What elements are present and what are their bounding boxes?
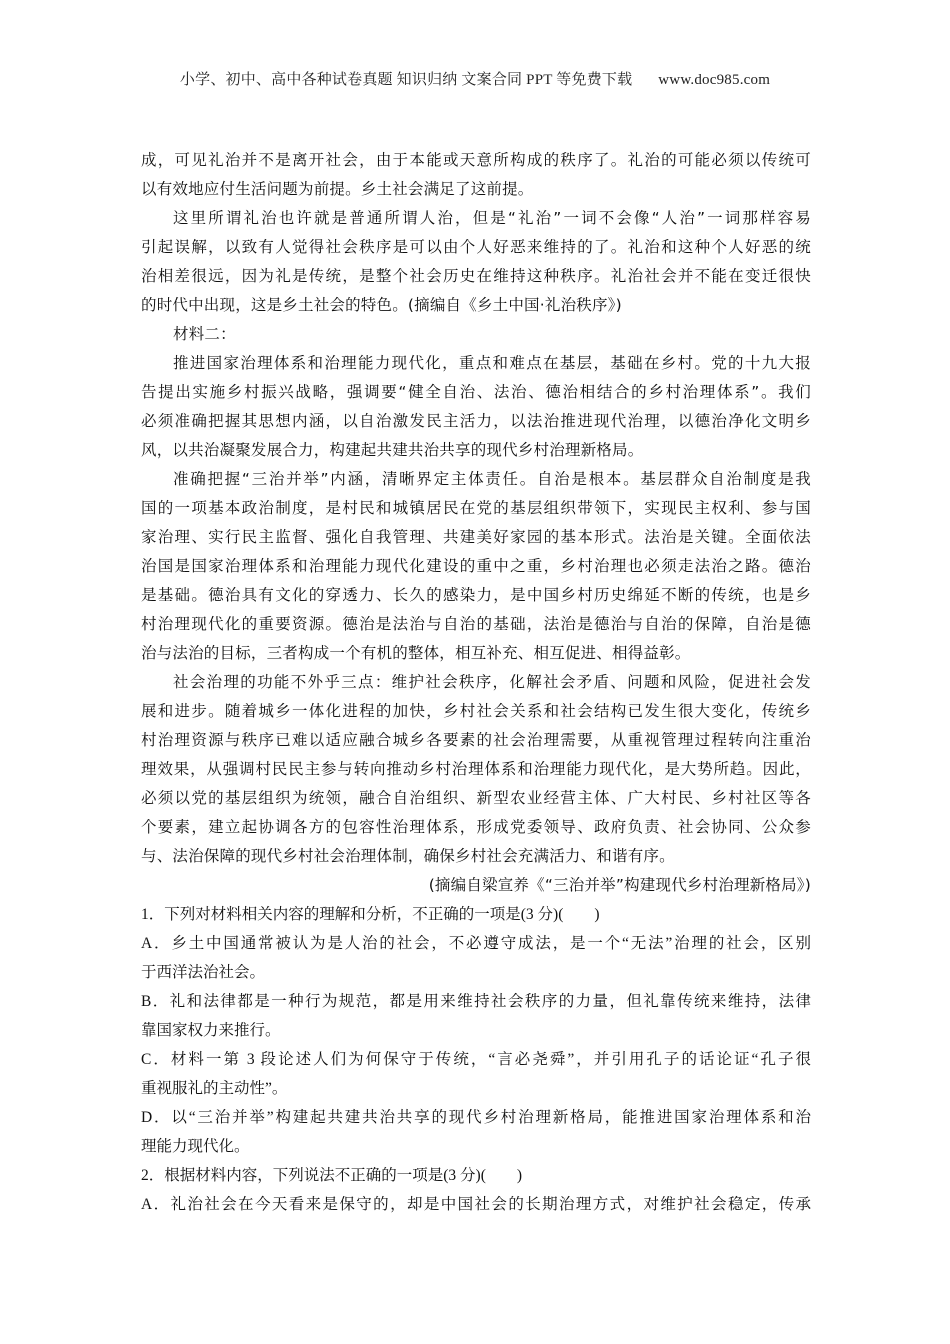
paragraph-line: 治国是国家治理体系和治理能力现代化建设的重中之重，乡村治理也必须走法治之路。德治: [141, 552, 811, 581]
paragraph-line: 个要素，建立起协调各方的包容性治理体系，形成党委领导、政府负责、社会协同、公众参: [141, 813, 811, 842]
paragraph-line: 展和进步。随着城乡一体化进程的加快，乡村社会关系和社会结构已发生很大变化，传统乡: [141, 697, 811, 726]
paragraph-line: 治相差很远，因为礼是传统，是整个社会历史在维持这种秩序。礼治社会并不能在变迁很快: [141, 262, 811, 291]
document-body: 成，可见礼治并不是离开社会，由于本能或天意所构成的秩序了。礼治的可能必须以传统可…: [141, 146, 811, 1219]
paragraph-line: 村治理现代化的重要资源。德治是法治与自治的基础，法治是德治与自治的保障，自治是德: [141, 610, 811, 639]
question-1-stem: 1．下列对材料相关内容的理解和分析，不正确的一项是(3 分)( ): [141, 900, 811, 929]
paragraph-line: 理效果，从强调村民民主参与转向推动乡村治理体系和治理能力现代化，是大势所趋。因此…: [141, 755, 811, 784]
paragraph-line: 准确把握“三治并举”内涵，清晰界定主体责任。自治是根本。基层群众自治制度是我: [141, 465, 811, 494]
question-1-option-c: C．材料一第 3 段论述人们为何保守于传统，“言必尧舜”，并引用孔子的话论证“孔…: [141, 1045, 811, 1074]
paragraph-line: 风，以共治凝聚发展合力，构建起共建共治共享的现代乡村治理新格局。: [141, 436, 811, 465]
paragraph-line: 推进国家治理体系和治理能力现代化，重点和难点在基层，基础在乡村。党的十九大报: [141, 349, 811, 378]
material-1-tail: 成，可见礼治并不是离开社会，由于本能或天意所构成的秩序了。礼治的可能必须以传统可…: [141, 146, 811, 320]
source-citation: (摘编自梁宣养《“三治并举”构建现代乡村治理新格局》): [141, 871, 811, 900]
paragraph-line: 村治理资源与秩序已难以适应融合城乡各要素的社会治理需要，从重视管理过程转向注重治: [141, 726, 811, 755]
paragraph-line: 以有效地应付生活问题为前提。乡土社会满足了这前提。: [141, 175, 811, 204]
question-1-option-a: A．乡土中国通常被认为是人治的社会，不必遵守成法，是一个“无法”治理的社会，区别: [141, 929, 811, 958]
question-1-option-a-cont: 于西洋法治社会。: [141, 958, 811, 987]
material-2: 材料二： 推进国家治理体系和治理能力现代化，重点和难点在基层，基础在乡村。党的十…: [141, 320, 811, 900]
paragraph-line: 与、法治保障的现代乡村社会治理体制，确保乡村社会充满活力、和谐有序。: [141, 842, 811, 871]
question-1-option-b-cont: 靠国家权力来推行。: [141, 1016, 811, 1045]
paragraph-line: 告提出实施乡村振兴战略，强调要“健全自治、法治、德治相结合的乡村治理体系”。我们: [141, 378, 811, 407]
section-label: 材料二：: [141, 320, 811, 349]
question-2-option-a: A．礼治社会在今天看来是保守的，却是中国社会的长期治理方式，对维护社会稳定，传承: [141, 1190, 811, 1219]
paragraph-line: 家治理、实行民主监督、强化自我管理、共建美好家园的基本形式。法治是关键。全面依法: [141, 523, 811, 552]
question-1-option-d-cont: 理能力现代化。: [141, 1132, 811, 1161]
paragraph-line: 社会治理的功能不外乎三点：维护社会秩序，化解社会矛盾、问题和风险，促进社会发: [141, 668, 811, 697]
paragraph-line: 是基础。德治具有文化的穿透力、长久的感染力，是中国乡村历史绵延不断的传统，也是乡: [141, 581, 811, 610]
header-url: www.doc985.com: [658, 72, 770, 88]
page-header: 小学、初中、高中各种试卷真题 知识归纳 文案合同 PPT 等免费下载 www.d…: [0, 68, 950, 89]
paragraph-line: 必须以党的基层组织为统领，融合自治组织、新型农业经营主体、广大村民、乡村社区等各: [141, 784, 811, 813]
paragraph-line: 引起误解，以致有人觉得社会秩序是可以由个人好恶来维持的了。礼治和这种个人好恶的统: [141, 233, 811, 262]
paragraph-line: 必须准确把握其思想内涵，以自治激发民主活力，以法治推进现代治理，以德治净化文明乡: [141, 407, 811, 436]
paragraph-line: 这里所谓礼治也许就是普通所谓人治，但是“礼治”一词不会像“人治”一词那样容易: [141, 204, 811, 233]
paragraph-line: 成，可见礼治并不是离开社会，由于本能或天意所构成的秩序了。礼治的可能必须以传统可: [141, 146, 811, 175]
paragraph-line: 的时代中出现，这是乡土社会的特色。(摘编自《乡土中国·礼治秩序》): [141, 291, 811, 320]
question-1-option-c-cont: 重视服礼的主动性”。: [141, 1074, 811, 1103]
question-2-stem: 2．根据材料内容，下列说法不正确的一项是(3 分)( ): [141, 1161, 811, 1190]
header-text: 小学、初中、高中各种试卷真题 知识归纳 文案合同 PPT 等免费下载: [180, 72, 632, 88]
paragraph-line: 国的一项基本政治制度，是村民和城镇居民在党的基层组织带领下，实现民主权利、参与国: [141, 494, 811, 523]
questions: 1．下列对材料相关内容的理解和分析，不正确的一项是(3 分)( ) A．乡土中国…: [141, 900, 811, 1219]
paragraph-line: 治与法治的目标，三者构成一个有机的整体，相互补充、相互促进、相得益彰。: [141, 639, 811, 668]
question-1-option-d: D．以“三治并举”构建起共建共治共享的现代乡村治理新格局，能推进国家治理体系和治: [141, 1103, 811, 1132]
question-1-option-b: B．礼和法律都是一种行为规范，都是用来维持社会秩序的力量，但礼靠传统来维持，法律: [141, 987, 811, 1016]
